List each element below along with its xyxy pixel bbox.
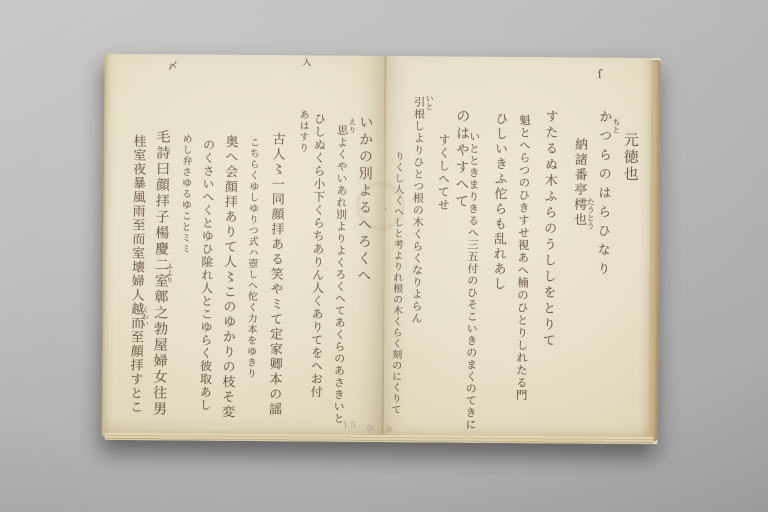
manuscript-column: 奥へ会顔拝ありて人〻このゆかりの枝そ変	[220, 135, 237, 420]
manuscript-column: 思よくやいあれ別よりよくろくへてあくらのあさきいと	[333, 125, 348, 425]
page-mark: ◎	[386, 425, 395, 433]
furigana-column: たうとう	[586, 198, 594, 230]
manuscript-column: ひしぬくら小下くらちありん人くありてをへお付	[310, 112, 326, 398]
page-mark: 〆	[165, 60, 175, 70]
manuscript-column: めし弁さゆるゆことミミ	[179, 133, 191, 254]
page-mark: 入	[300, 57, 309, 66]
manuscript-column: いかの別よるへろくへ	[356, 115, 372, 285]
manuscript-column: ひしいきふ佗らも乱れあし	[491, 112, 506, 292]
page-mark: ◎	[367, 424, 376, 432]
page-mark: 15	[343, 422, 359, 431]
open-book: 元徳也かつらのはらひなり納諸番亭樗也すたるぬ木ふらのうししをとりて魁とへらつのひ…	[104, 54, 660, 444]
furigana-column: ふより	[166, 262, 173, 283]
furigana-column: いと	[425, 94, 433, 110]
manuscript-column: のはやすへて	[454, 109, 469, 211]
manuscript-text-layer: 元徳也かつらのはらひなり納諸番亭樗也すたるぬ木ふらのうししをとりて魁とへらつのひ…	[104, 54, 660, 444]
manuscript-column: のくさいへくとゆひ隂れ人とこゆらく彼取あし	[199, 139, 215, 412]
manuscript-column: 魁とへらつのひきすせ視あへ楠のひとりしれたる門	[515, 114, 530, 402]
manuscript-photo: 元徳也かつらのはらひなり納諸番亭樗也すたるぬ木ふらのうししをとりて魁とへらつのひ…	[0, 0, 768, 512]
manuscript-column: 古人〻一同顔拝ある笑やミて定家卿本の謡	[267, 132, 284, 417]
manuscript-column: すたるぬ木ふらのうししをとりて	[541, 109, 557, 349]
manuscript-column: すくしへてせ	[437, 133, 450, 211]
furigana-column: ちと	[612, 118, 620, 134]
manuscript-column: りくし人くへしと考よりれ根の木くらく刻のにくりて	[389, 151, 402, 415]
furigana-column: えり	[348, 118, 356, 134]
page-mark: ſ	[594, 68, 605, 81]
manuscript-column: 元徳也	[622, 132, 638, 183]
manuscript-column: 納諸番亭樗也	[572, 137, 586, 227]
manuscript-column: かつらのはらひなり	[595, 110, 610, 281]
manuscript-column: 桂室夜暴風雨至而室壊婦人越而至顔拝すとこ	[128, 134, 145, 414]
furigana-column: くわい	[141, 306, 148, 327]
manuscript-column: あはすり	[297, 109, 308, 153]
manuscript-column: 引根しよりひとつ根の木くらくなりよらん	[411, 96, 425, 324]
page-mark: ･	[381, 206, 387, 212]
manuscript-column: こちらくゆしゆりつ式ハ壺しへ佗く力本をゆきり	[244, 137, 257, 379]
